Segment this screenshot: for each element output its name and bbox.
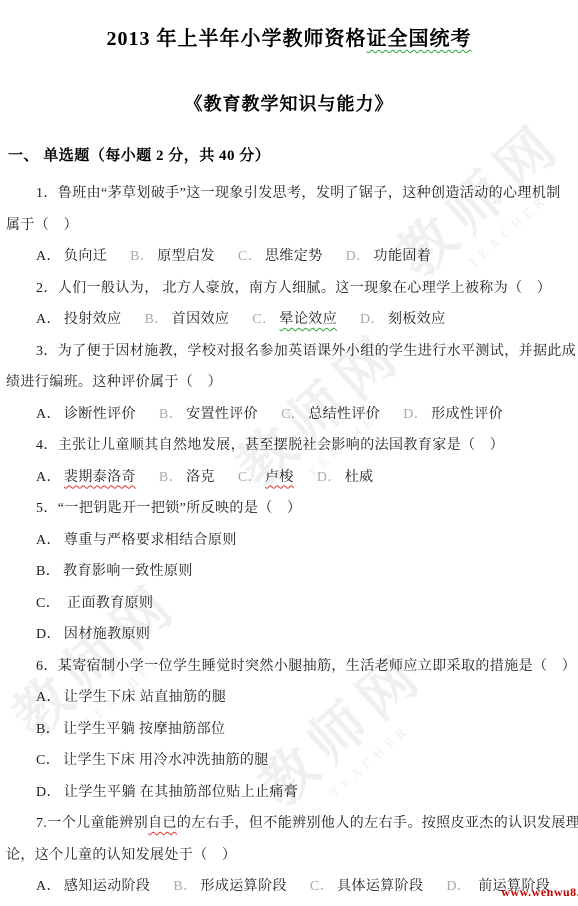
option-letter: C． xyxy=(36,596,60,611)
question-2-line-1: 2．人们一般认为， 北方人豪放，南方人细腻。这一现象在心理学上被称为（ ） xyxy=(0,273,578,305)
question-3-line-2: 绩进行编班。这种评价属于（ ） xyxy=(0,367,578,399)
question-6-option-d: D．让学生平躺 在其抽筋部位贴上止痛膏 xyxy=(0,777,578,809)
option-text: 卢梭 xyxy=(265,470,294,485)
option-letter: A． xyxy=(36,470,61,485)
option-text: 教育影响一致性原则 xyxy=(63,564,193,579)
option-letter: D． xyxy=(360,312,385,327)
option-letter: D． xyxy=(317,470,342,485)
page-title-spellcheck-segment: 证全国统考 xyxy=(367,28,472,50)
question-3-options: A．诊断性评价B．安置性评价C．总结性评价D．形成性评价 xyxy=(0,399,578,431)
option-letter: A． xyxy=(36,879,61,894)
option-text: 具体运算阶段 xyxy=(337,879,423,894)
option-letter: D． xyxy=(346,249,371,264)
option-text: 感知运动阶段 xyxy=(64,879,150,894)
option-letter: B． xyxy=(36,564,60,579)
question-7-line-1: 7.一个儿童能辨别自已的左右手，但不能辨别他人的左右手。按照皮亚杰的认识发展理 xyxy=(0,808,578,840)
option-letter: B． xyxy=(173,879,197,894)
option-a: A．诊断性评价 xyxy=(36,399,136,431)
option-letter: B． xyxy=(145,312,169,327)
option-text: 诊断性评价 xyxy=(64,407,136,422)
question-text: 7.一个儿童能辨别 xyxy=(36,816,148,831)
option-text: 形成性评价 xyxy=(431,407,503,422)
option-c: C．思维定势 xyxy=(238,241,323,273)
option-text: 形成运算阶段 xyxy=(200,879,286,894)
question-text: 的左右手，但不能辨别他人的左右手。按照皮亚杰的认识发展理 xyxy=(177,816,578,831)
question-4-line-1: 4．主张让儿童顺其自然地发展，甚至摆脱社会影响的法国教育家是（ ） xyxy=(0,430,578,462)
option-text: 让学生平躺 在其抽筋部位贴上止痛膏 xyxy=(64,785,298,800)
option-letter: A． xyxy=(36,249,61,264)
option-text: 裴期泰洛奇 xyxy=(64,470,136,485)
option-letter: B． xyxy=(36,722,60,737)
question-5-option-d: D．因材施教原则 xyxy=(0,619,578,651)
option-d: D．杜威 xyxy=(317,462,374,494)
option-text: 首因效应 xyxy=(172,312,230,327)
option-letter: C． xyxy=(281,407,305,422)
question-5-option-b: B．教育影响一致性原则 xyxy=(0,556,578,588)
watermark-site-url: www.wenwu8.c xyxy=(501,885,578,900)
option-a: A．感知运动阶段 xyxy=(36,871,150,903)
option-text: 让学生下床 站直抽筋的腿 xyxy=(64,690,226,705)
question-5-option-c: C． 正面教育原则 xyxy=(0,588,578,620)
option-a: A．投射效应 xyxy=(36,304,122,336)
option-text: 投射效应 xyxy=(64,312,122,327)
option-letter: D． xyxy=(403,407,428,422)
question-5-option-a: A．尊重与严格要求相结合原则 xyxy=(0,525,578,557)
option-text: 负向迁 xyxy=(64,249,107,264)
option-a: A．负向迁 xyxy=(36,241,107,273)
question-6-option-b: B．让学生平躺 按摩抽筋部位 xyxy=(0,714,578,746)
option-letter: A． xyxy=(36,533,61,548)
question-list: 1．鲁班由“茅草划破手”这一现象引发思考，发明了锯子，这种创造活动的心理机制 属… xyxy=(0,178,578,903)
option-letter: B． xyxy=(159,407,183,422)
option-b: B．形成运算阶段 xyxy=(173,871,287,903)
option-c: C．卢梭 xyxy=(238,462,294,494)
option-letter: D． xyxy=(446,879,471,894)
option-text: 让学生平躺 按摩抽筋部位 xyxy=(63,722,225,737)
option-b: B．洛克 xyxy=(159,462,215,494)
option-text: 功能固着 xyxy=(374,249,432,264)
option-letter: A． xyxy=(36,312,61,327)
option-letter: A． xyxy=(36,690,61,705)
page-title-main: 2013 年上半年小学教师资格 xyxy=(107,28,367,50)
option-letter: C． xyxy=(36,753,60,768)
exam-subtitle: 《教育教学知识与能力》 xyxy=(0,90,578,118)
option-text: 思维定势 xyxy=(265,249,323,264)
option-text: 原型启发 xyxy=(157,249,215,264)
option-text: 刻板效应 xyxy=(388,312,446,327)
section-heading: 一、 单选题（每小题 2 分，共 40 分） xyxy=(0,144,578,168)
option-d: D．功能固着 xyxy=(346,241,432,273)
option-text: 正面教育原则 xyxy=(63,596,153,611)
option-letter: C． xyxy=(238,470,262,485)
question-6-line-1: 6．某寄宿制小学一位学生睡觉时突然小腿抽筋，生活老师应立即采取的措施是（ ） xyxy=(0,651,578,683)
option-c: C．具体运算阶段 xyxy=(310,871,424,903)
option-b: B．安置性评价 xyxy=(159,399,258,431)
option-text: 洛克 xyxy=(186,470,215,485)
option-c: C．总结性评价 xyxy=(281,399,380,431)
question-1-line-1: 1．鲁班由“茅草划破手”这一现象引发思考，发明了锯子，这种创造活动的心理机制 xyxy=(0,178,578,210)
question-5-line-1: 5．“一把钥匙开一把锁”所反映的是（ ） xyxy=(0,493,578,525)
option-d: D．形成性评价 xyxy=(403,399,503,431)
option-letter: C． xyxy=(238,249,262,264)
option-text: 杜威 xyxy=(345,470,374,485)
question-7-options: A．感知运动阶段B．形成运算阶段C．具体运算阶段D． 前运算阶段 xyxy=(0,871,578,903)
question-2-options: A．投射效应B．首因效应C．晕论效应D．刻板效应 xyxy=(0,304,578,336)
option-d: D．刻板效应 xyxy=(360,304,446,336)
option-letter: D． xyxy=(36,785,61,800)
exam-document: 教师网 TEACHER 教师网 TEACHER 教师网 TEACHER 教师网 … xyxy=(0,0,578,906)
page-title: 2013 年上半年小学教师资格证全国统考 xyxy=(0,24,578,54)
option-text: 让学生下床 用冷水冲洗抽筋的腿 xyxy=(63,753,269,768)
option-b: B．首因效应 xyxy=(145,304,230,336)
option-b: B．原型启发 xyxy=(130,241,215,273)
option-letter: B． xyxy=(130,249,154,264)
option-letter: D． xyxy=(36,627,61,642)
option-letter: A． xyxy=(36,407,61,422)
option-text: 晕论效应 xyxy=(279,312,337,327)
option-text: 总结性评价 xyxy=(308,407,380,422)
question-3-line-1: 3．为了便于因材施教，学校对报名参加英语课外小组的学生进行水平测试，并据此成 xyxy=(0,336,578,368)
question-7-line-2: 论，这个儿童的认知发展处于（ ） xyxy=(0,840,578,872)
option-letter: C． xyxy=(252,312,276,327)
option-c: C．晕论效应 xyxy=(252,304,337,336)
question-text-spellcheck-segment: 自已 xyxy=(148,816,177,831)
option-letter: B． xyxy=(159,470,183,485)
option-letter: C． xyxy=(310,879,334,894)
question-4-options: A．裴期泰洛奇B．洛克C．卢梭D．杜威 xyxy=(0,462,578,494)
question-6-option-c: C．让学生下床 用冷水冲洗抽筋的腿 xyxy=(0,745,578,777)
option-text: 尊重与严格要求相结合原则 xyxy=(64,533,237,548)
question-1-options: A．负向迁B．原型启发C．思维定势D．功能固着 xyxy=(0,241,578,273)
option-text: 因材施教原则 xyxy=(64,627,150,642)
question-1-line-2: 属于（ ） xyxy=(0,210,578,242)
option-text: 安置性评价 xyxy=(186,407,258,422)
option-a: A．裴期泰洛奇 xyxy=(36,462,136,494)
question-6-option-a: A．让学生下床 站直抽筋的腿 xyxy=(0,682,578,714)
